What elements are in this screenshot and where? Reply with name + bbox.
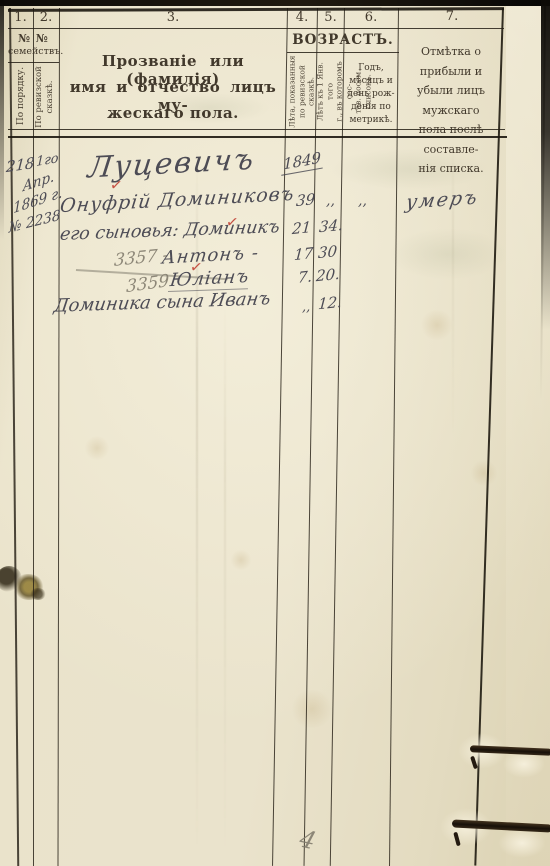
red-check-icon: ✓ bbox=[189, 257, 204, 277]
red-check-icon: ✓ bbox=[109, 175, 124, 195]
col-revision-line2: сказкѣ. bbox=[45, 63, 56, 131]
col-age-revision-rotated-label: Лѣта, показанныя по ревизской сказкѣ. bbox=[287, 53, 318, 131]
photo-right-edge bbox=[541, 0, 550, 330]
row-age-revision: 17 bbox=[293, 244, 313, 264]
column-number-5: 5. bbox=[317, 10, 344, 25]
age-jan-line1: Лѣтъ къ 1 Янв. того bbox=[316, 53, 335, 131]
age-revision-line1: Лѣта, показанныя bbox=[288, 53, 298, 131]
photo-top-edge bbox=[0, 0, 550, 6]
col-revision-rotated-label: По ревизской сказкѣ. bbox=[32, 63, 60, 131]
foxing-spot bbox=[230, 550, 252, 570]
birth-line4: денія по bbox=[344, 101, 398, 114]
row-age-revision: 39 bbox=[295, 190, 315, 210]
row-birth-ditto: ,, bbox=[358, 193, 367, 209]
remarks-line4: нія списка. bbox=[400, 159, 502, 179]
red-check-icon: ✓ bbox=[225, 212, 240, 232]
remarks-line3: пола послѣ составле- bbox=[400, 120, 502, 159]
row-age-jan: 20. bbox=[315, 265, 340, 286]
remarks-line1: Отмѣтка о прибыли и bbox=[400, 42, 502, 81]
remarks-column-header: Отмѣтка о прибыли и убыли лицъ мужскаго … bbox=[400, 42, 502, 179]
row-age-jan-ditto: ,, bbox=[326, 193, 335, 209]
row-age-jan: 30 bbox=[317, 242, 337, 262]
foxing-spot bbox=[470, 460, 498, 486]
foxing-spot bbox=[84, 436, 110, 460]
col-revision-line1: По ревизской bbox=[34, 63, 45, 131]
row-age-revision: 7. bbox=[297, 267, 313, 287]
torn-hole-highlight bbox=[498, 828, 546, 858]
birth-column-header: Годъ, мѣсяцъ и день рож- денія по метрик… bbox=[344, 62, 398, 127]
paper-crease bbox=[224, 300, 226, 860]
column-number-4: 4. bbox=[287, 10, 317, 25]
family-numbers-title: № № bbox=[8, 32, 59, 45]
family-numbers-subtitle: семействъ. bbox=[8, 46, 59, 57]
table-hline-under-numbers bbox=[8, 28, 504, 29]
birth-line5: метрикѣ. bbox=[344, 114, 398, 127]
age-revision-line2: по ревизской bbox=[297, 53, 307, 131]
row-age-revision-ditto: ,, bbox=[302, 300, 310, 315]
paper-crease bbox=[452, 140, 454, 440]
foxing-spot bbox=[290, 690, 334, 728]
birth-line1: Годъ, bbox=[344, 62, 398, 75]
photo-left-edge bbox=[0, 0, 4, 240]
row-name: Юліанъ bbox=[169, 266, 251, 291]
scanned-family-list-page: 1. 2. 3. 4. 5. 6. 7. № № семействъ. По п… bbox=[0, 0, 550, 866]
bleed-through-smudge bbox=[388, 228, 508, 280]
column-number-6: 6. bbox=[344, 10, 398, 25]
row-age-jan: 12. bbox=[317, 293, 342, 314]
row-age-revision: 21 bbox=[291, 218, 311, 238]
column-number-1: 1. bbox=[8, 10, 33, 25]
foxing-spot bbox=[420, 310, 454, 340]
column-number-2: 2. bbox=[33, 10, 59, 25]
row-age-jan: 34. bbox=[318, 216, 343, 237]
age-title: ВОЗРАСТЪ. bbox=[287, 32, 399, 48]
column-number-7: 7. bbox=[398, 9, 506, 24]
remarks-line2: убыли лицъ мужскаго bbox=[400, 81, 502, 120]
name-column-header-line3: жескаго пола. bbox=[62, 104, 284, 122]
column-number-3: 3. bbox=[59, 10, 287, 25]
col-age-jan-rotated-label: Лѣтъ къ 1 Янв. того г., въ которомъ сос-… bbox=[315, 53, 346, 131]
birth-line3: день рож- bbox=[344, 88, 398, 101]
birth-line2: мѣсяцъ и bbox=[344, 75, 398, 88]
col-order-rotated-label: По порядку. bbox=[9, 62, 33, 130]
